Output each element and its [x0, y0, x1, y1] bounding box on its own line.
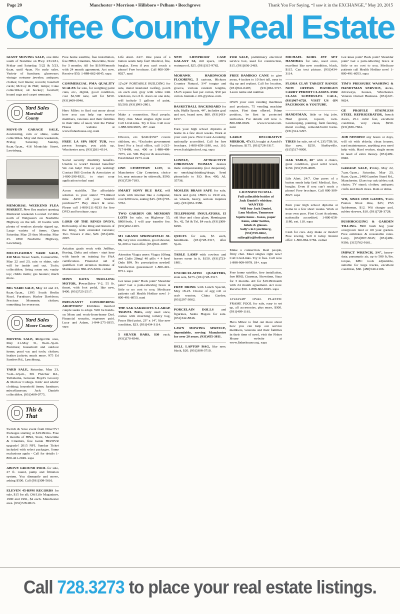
classified-ad: BIG YARD SALE, May 22 and 23, 8a.m.-5p.m… — [7, 284, 59, 310]
classified-ad: Hero Miles: to find out more about how y… — [230, 318, 282, 348]
flea-market-building-photo — [7, 160, 59, 199]
page-footer: Call 728.3273 to place your real estate … — [0, 567, 400, 614]
classified-ad: Make a connection. Real people, flirty c… — [118, 111, 170, 133]
classified-ad: LONELY, ATTRACTIVE CHRISTIAN WOMAN desir… — [174, 156, 226, 186]
column-7: Got knee pain? Back pain? Shoulder pain?… — [341, 53, 393, 549]
section-masthead: Coffee County Real Estate — [0, 9, 400, 45]
classified-ad: FREE DRINK with Lunch Special, May 18-23… — [174, 283, 226, 305]
this-and-that-badge-icon — [11, 406, 23, 420]
badge-label: Yard SalesMoore County — [26, 318, 53, 328]
classified-ad: PORCELAIN DOLLS and figurines, Sasha Hag… — [174, 306, 226, 324]
classified-ad: FLORA CLAY TARGET RANGE NOW OFFERS HANDG… — [285, 80, 337, 110]
yard-sales-moore-county-badge-icon — [11, 316, 23, 330]
classified-ad: MOHAWK HARDWOOD FLOORING, 5 cartons, Hic… — [174, 71, 226, 101]
classified-ad: GIANT MOVING SALE, one mile south of Sta… — [7, 53, 59, 100]
footer-call-word: Call — [23, 577, 52, 598]
classified-ad: BUSHHOGGING & GARDEN TILLING. Will bush … — [341, 218, 393, 248]
call-to-place-line: Call 728.3273 to place your real estate … — [16, 577, 384, 598]
classified-ad: SMART SONY BLU RAY, will work with inter… — [118, 187, 170, 209]
classified-ad: THE SAK SAKROOTS X-LARGE TRAVEL BAG, onl… — [118, 304, 170, 330]
page-title: Coffee County Real Estate — [0, 9, 400, 45]
classified-ad: FOR SALE, preliminary electrical service… — [230, 53, 282, 71]
classified-ad: MOVE-IN GARAGE SALE, downsizing, rain or… — [7, 126, 59, 156]
footer-phone-number: 728.3273 — [57, 577, 124, 598]
jack-daniels-wanted-boxed-ad: LICENSED TO SELL Full collectible bottle… — [230, 155, 282, 243]
classified-ad: 5 SILVER BARS, $30 each. (931)270-8346. — [118, 331, 170, 345]
classified-ad: GE PROFILE STAINLESS STEEL REFRIGERATOR,… — [341, 106, 393, 132]
classified-ad: Make a connection. Real people, flirty c… — [230, 246, 282, 268]
footer-rest-text: to place your real estate listings. — [129, 577, 377, 598]
column-6: MICHAEL KORS JET SET HANDBAG for sale, u… — [285, 53, 337, 549]
column-2: Free home satellite, free installation, … — [62, 53, 114, 549]
classified-ad: Cash for cars. Any make or model! Free t… — [285, 228, 337, 246]
classified-ad: HANDYMAN, little or big jobs. Haul grave… — [285, 111, 337, 137]
classified-ad: FREE LA SPA HOT TUB, two person lounger,… — [62, 137, 114, 155]
classified-ad: ABOVE GROUND POOL for sale, 27 ft. round… — [7, 464, 59, 486]
classified-ad: Got knee pain? Back pain? Shoulder pain?… — [341, 53, 393, 79]
classified-ad: Got knee pain? Back pain? Shoulder pain?… — [118, 277, 170, 303]
classified-ad: Earn your high school diploma at home in… — [285, 201, 337, 227]
classified-ad: OAK TABLE, 48" with 4 chairs, great cond… — [285, 156, 337, 174]
classified-ad: ELEVEN 45-RPM RECORDS for sale, $15 for … — [7, 487, 59, 509]
classified-ad: 12'x24' PORTABLE BUILDING for sale, meta… — [118, 80, 170, 110]
region-list: Manchester • Morrison • Hillsboro • Pelh… — [90, 3, 201, 9]
classified-ad: LARGE DECORATIVE MIRROR, 47x33, bought a… — [230, 133, 282, 151]
page-header: Page 20 Manchester • Morrison • Hillsbor… — [0, 0, 400, 8]
classified-ad: Aviation grads work with JetBlue, Boeing… — [62, 244, 114, 274]
classified-ad: MULTI-FAMILY YARD SALE, 410 Main Street … — [7, 249, 59, 284]
classified-ad: Acorn stairlifts. The affordable solutio… — [62, 187, 114, 217]
yard-sales-moore-county-badge: Yard SalesMoore County — [8, 314, 58, 332]
classified-ad: PREGNANT? CONSIDERING ADOPTION? Childles… — [62, 298, 114, 333]
classified-ad: Attention Viagra users: Viagra 100mg and… — [118, 250, 170, 276]
masthead-rule — [7, 48, 393, 49]
classified-ad: TIRES for sale, set of 4, 235/75R/16, li… — [285, 137, 337, 155]
classified-ad: LORD OF THE RINGS DVD'S, Fellowship of t… — [62, 218, 114, 244]
column-4: NEW LIFEPROOF CASE GALAXY S4, mil specs,… — [174, 53, 226, 549]
classified-ad: JOB NEEDED! any hours or days, will sit … — [341, 133, 393, 163]
classified-ad: MICHAEL KORS JET SET HANDBAG for sale, u… — [285, 53, 337, 79]
badge-label: This & That — [26, 406, 55, 419]
classified-ad: Switch & Save event from DirecTV! Packag… — [7, 425, 59, 464]
page-sheet: Page 20 Manchester • Morrison • Hillsbor… — [0, 0, 400, 614]
classified-ad: WII, XBOX ONE GAMES, Trails Fusion Xbox … — [341, 195, 393, 217]
classified-ad: OWN your own vending machines and produc… — [230, 98, 282, 133]
classified-ad: MINN KOTA TROLLING MOTOR, PowerDrive V-2… — [62, 275, 114, 297]
classified-ad: Social security disability benefits. Una… — [62, 156, 114, 186]
classified-ad: Divorce, etc. $240-$550* covers children… — [118, 133, 170, 163]
classified-ad: TABLE LAMP with cowboy and horses scene … — [174, 250, 226, 268]
classifieds-columns: GIANT MOVING SALE, one mile south of Sta… — [0, 53, 400, 549]
classified-ad: Life Alert. 24/7. One press of a button … — [118, 53, 170, 79]
column-3: Life Alert. 24/7. One press of a button … — [118, 53, 170, 549]
classified-ad: Free home satellite, free installation, … — [230, 268, 282, 294]
classified-ad: Earn your high school diploma at home in… — [174, 125, 226, 155]
classified-ad: 12'x24'x48" OVAL PLASTIC FRAME POOL for … — [230, 295, 282, 317]
classified-ad: Free home satellite, free installation, … — [62, 53, 114, 79]
column-1: GIANT MOVING SALE, one mile south of Sta… — [7, 53, 59, 549]
classified-ad: GARAGE SALE, Friday, May 22, 7a.m.-5p.m.… — [341, 164, 393, 194]
classified-ad: M1 GRAND SPRINGFIELD 30-06, very nice co… — [118, 232, 170, 250]
classified-ad: FREE BAMBOO CANE to give away, 4 inches … — [230, 71, 282, 97]
badge-label: Yard SalesMarshall County — [26, 105, 55, 120]
classified-ad: Hero Miles: to find out more about how y… — [62, 106, 114, 136]
page-number: Page 20 — [7, 3, 22, 9]
yard-sales-marshall-county-badge: Yard SalesMarshall County — [8, 103, 58, 122]
classified-ad: IMPACT WRENCH, 3/4", heavy-duty, pneumat… — [341, 248, 393, 274]
classified-ad: TWO GARDEN OR MEMORY LOTS for sale, on H… — [118, 209, 170, 231]
newspaper-page: Page 20 Manchester • Morrison • Hillsbor… — [0, 0, 400, 614]
classified-ad: Life Alert. 24/7. One press of a button … — [285, 174, 337, 200]
bottles-photo — [232, 157, 279, 189]
yard-sales-marshall-county-badge-icon — [11, 106, 23, 120]
classified-ad: NEW LIFEPROOF CASE GALAXY S4, mil specs,… — [174, 53, 226, 71]
this-and-that-badge: This & That — [8, 404, 58, 422]
boxed-ad-text: LICENSED TO SELL Full collectible bottle… — [232, 191, 279, 240]
classified-ad: ONE CEMETERY LOT, in Manchester City Cem… — [118, 164, 170, 186]
column-5: FOR SALE, preliminary electrical service… — [230, 53, 282, 549]
classified-ad: DELL LAPTOP BAG, like new, black, $20. (… — [174, 343, 226, 357]
classified-ad: MEMORIAL WEEKEND FLEA MARKET. New flea m… — [7, 202, 59, 249]
classified-ad: QUILTS for sale, $5 each, handmade. (931… — [174, 232, 226, 250]
classified-ad: COMMERCIAL PMA QUALITY SCALES for sale, … — [62, 80, 114, 106]
classified-ad: MOVING SALE, Ridgeville area, May 21-May… — [7, 335, 59, 365]
classified-ad: TELEPHONE INSULATORS, 15 old blue and cl… — [174, 209, 226, 231]
classified-ad: UNCIRCULATED QUARTERS, state sets, $275.… — [174, 269, 226, 283]
exchange-slogan: Thank You For Saying, “I saw it in the E… — [268, 3, 393, 9]
classified-ad: TIM'S PRESSURE WASHING & HANDYMAN SERVIC… — [341, 80, 393, 106]
classified-ad: BASKETBALL BACKBOARD for sale, Huffy Spo… — [174, 102, 226, 124]
classified-ad: MOSLER BRASS SAFE for sale, black and go… — [174, 187, 226, 209]
classified-ad: YARD SALE, Saturday, May 23, 7a.m.-12p.m… — [7, 366, 59, 401]
classified-ad: LAWN MOWING SERVICE, dependable, serving… — [174, 324, 226, 342]
